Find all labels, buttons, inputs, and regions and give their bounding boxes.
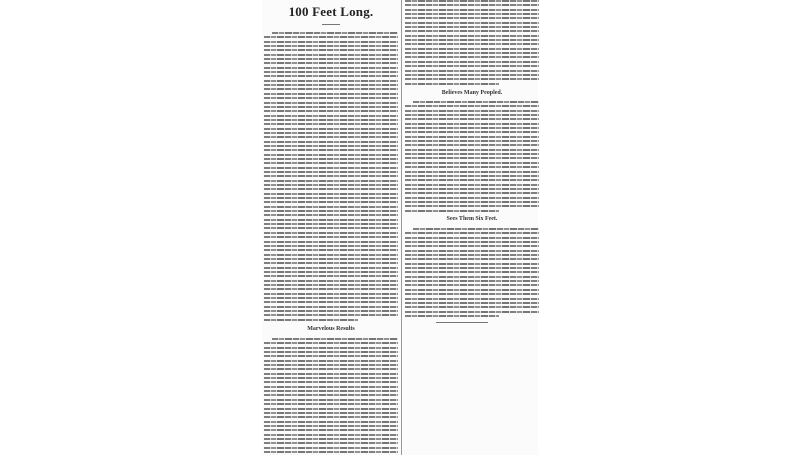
end-divider	[436, 322, 488, 323]
right-column-text-top	[405, 0, 539, 87]
column-rule	[401, 0, 402, 455]
subhead-sees-them-six-feet: Sees Them Six Feet.	[405, 216, 539, 222]
right-column-text-middle	[405, 101, 539, 214]
subhead-believes-many-peopled: Believes Many Peopled.	[405, 90, 539, 96]
left-column-text-top: (Special to THE ... )	[264, 32, 398, 323]
subhead-marvelous-results: Marvelous Results	[264, 326, 398, 332]
headline: 100 Feet Long.	[262, 4, 400, 20]
headline-divider	[322, 24, 340, 25]
right-column-text-bottom	[405, 228, 539, 319]
left-column-text-bottom	[264, 338, 398, 455]
